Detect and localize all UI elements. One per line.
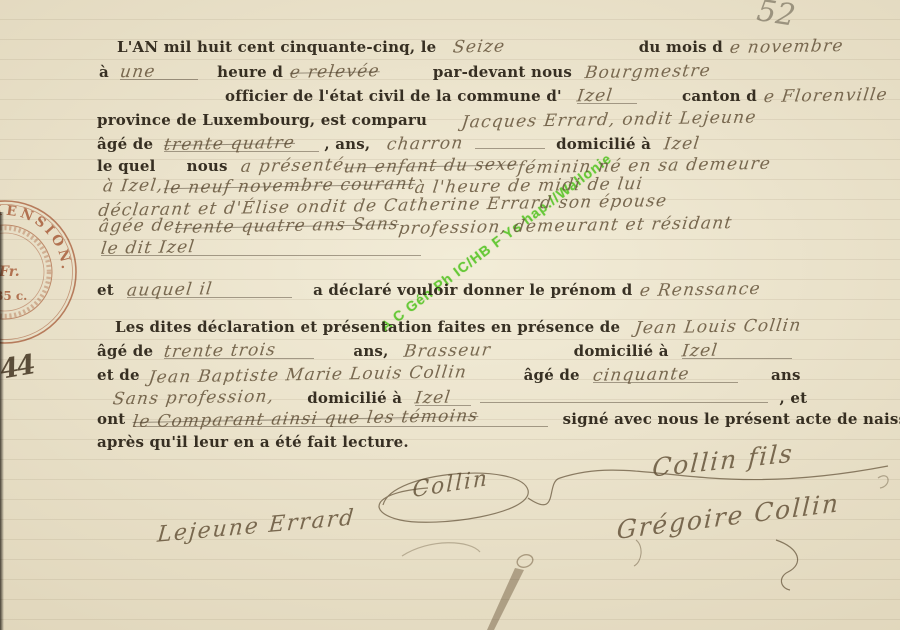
form-line-13: âgé de trente trois ans, Brasseur domici… <box>97 341 792 361</box>
form-line-3: officier de l'état civil de la commune d… <box>225 86 888 106</box>
form-line-9: âgée de trente quatre ans Sans professio… <box>99 216 732 236</box>
printed-text: , et <box>780 389 808 407</box>
handwritten-officer-title: Bourgmestre <box>584 61 713 83</box>
handwritten-declarant-name: Jacques Errard, ondit Lejeune <box>461 107 758 132</box>
printed-text: officier de l'état civil de la commune d… <box>225 87 562 105</box>
form-line-14: et de Jean Baptiste Marie Louis Collin â… <box>97 365 801 385</box>
handwritten-mother-age: profession, demeurant et résidant <box>397 213 733 239</box>
form-line-10: le dit Izel <box>101 238 421 258</box>
handwritten-witness2-age: cinquante <box>592 368 690 383</box>
handwritten-birth-details: à Izel, <box>102 175 165 196</box>
printed-text: Les dites déclaration et présentation fa… <box>115 318 620 336</box>
handwritten-age: trente quatre <box>163 137 296 152</box>
printed-text: du mois d <box>639 38 723 56</box>
form-line-8: déclarant et d'Élise ondit de Catherine … <box>99 196 667 216</box>
printed-text: et <box>97 281 114 299</box>
handwritten-witness1-domicile: Izel <box>681 345 719 359</box>
scan-edge-shadow <box>0 212 4 630</box>
printed-text: à <box>99 63 109 81</box>
printed-text: âgé de <box>97 135 153 153</box>
pencil-ink-stroke <box>487 540 641 630</box>
printed-text: province de Luxembourg, est comparu <box>97 111 427 129</box>
printed-text: L'AN mil huit cent cinquante-cinq, le <box>117 38 436 56</box>
form-line-17: après qu'il leur en a été fait lecture. <box>97 432 409 452</box>
handwritten-canton: e Florenville <box>763 85 889 107</box>
handwritten-presentation: féminin né en sa demeure <box>516 154 772 178</box>
handwritten-commune: Izel <box>576 90 614 104</box>
form-line-4: province de Luxembourg, est comparu Jacq… <box>97 110 756 130</box>
form-line-5: âgé de trente quatre , ans, charron domi… <box>97 134 700 154</box>
handwritten-profession: charron <box>386 133 465 154</box>
handwritten-residence: le dit Izel <box>100 241 196 256</box>
handwritten-witness2-domicile: Izel <box>414 392 452 406</box>
handwritten-witness1-age: trente trois <box>163 344 277 359</box>
printed-text: ans, <box>353 342 388 360</box>
signature-gregoire-collin: Grégoire Collin <box>616 488 841 545</box>
handwritten-meridiem: e relevée <box>289 61 381 83</box>
printed-text: et de <box>97 366 140 384</box>
signature-collin: Collin <box>412 466 489 503</box>
printed-text: ans <box>771 366 801 384</box>
handwritten-presentation: a présenté <box>239 155 345 177</box>
printed-text: âgé de <box>524 366 580 384</box>
handwritten-signing-parties: le Comparant ainsi que les témoins <box>131 410 478 429</box>
signature-lejeune-errard: Lejeune Errard <box>156 505 356 548</box>
printed-text: le quel <box>97 157 156 175</box>
handwritten-month: e novembre <box>729 36 845 58</box>
handwritten-day: Seize <box>452 37 507 58</box>
form-line-12: Les dites déclaration et présentation fa… <box>115 317 802 337</box>
margin-act-number: 44 <box>0 349 36 385</box>
handwritten-witness1-name: Jean Louis Collin <box>634 316 803 339</box>
revenue-stamp: DIMENSION. Fr. 35 c. <box>0 196 81 348</box>
printed-text: domicilié à <box>307 389 402 407</box>
printed-text: âgé de <box>97 342 153 360</box>
stamp-value-2: 35 c. <box>0 289 27 303</box>
handwritten-domicile: Izel <box>663 134 702 155</box>
signature-collin-fils: Collin fils <box>651 438 795 482</box>
printed-text: , ans, <box>324 135 370 153</box>
printed-text: canton d <box>682 87 757 105</box>
form-line-11: et auquel il a déclaré vouloir donner le… <box>97 280 760 300</box>
printed-text: a déclaré vouloir donner le prénom d <box>313 281 632 299</box>
printed-text: signé avec nous le présent acte de naiss… <box>563 410 900 428</box>
pencil-page-number: 52 <box>754 0 797 34</box>
printed-text: ont <box>97 410 125 428</box>
handwritten-witness2-profession: Sans profession, <box>112 387 276 410</box>
printed-text: heure d <box>217 63 283 81</box>
printed-text: par-devant nous <box>433 63 572 81</box>
form-line-15: Sans profession, domicilié à Izel , et <box>113 388 807 408</box>
form-line-2: à une heure d e relevée par-devant nous … <box>99 62 711 82</box>
handwritten-mother-age: âgée de <box>98 215 177 236</box>
printed-text: après qu'il leur en a été fait lecture. <box>97 433 409 451</box>
handwritten-given-name: e Renssance <box>638 279 761 301</box>
handwritten-witness2-name: Jean Baptiste Marie Louis Collin <box>147 362 468 388</box>
form-line-16: ont le Comparant ainsi que les témoins s… <box>97 409 900 429</box>
handwritten-birth-details: le neuf novembre courant <box>162 174 417 198</box>
form-line-1: L'AN mil huit cent cinquante-cinq, le Se… <box>117 37 844 57</box>
handwritten-hour: une <box>119 66 156 80</box>
handwritten-witness1-profession: Brasseur <box>402 340 492 362</box>
printed-text: nous <box>187 157 228 175</box>
printed-text: domicilié à <box>556 135 651 153</box>
document-page: DIMENSION. Fr. 35 c. 52 44 A C Gén Ph IC… <box>0 0 900 630</box>
handwritten-auquel: auquel il <box>126 283 213 297</box>
form-line-6: le quel nous a présenté un enfant du sex… <box>97 156 771 176</box>
printed-text: domicilié à <box>574 342 669 360</box>
handwritten-mother-age: trente quatre ans Sans <box>173 214 400 238</box>
